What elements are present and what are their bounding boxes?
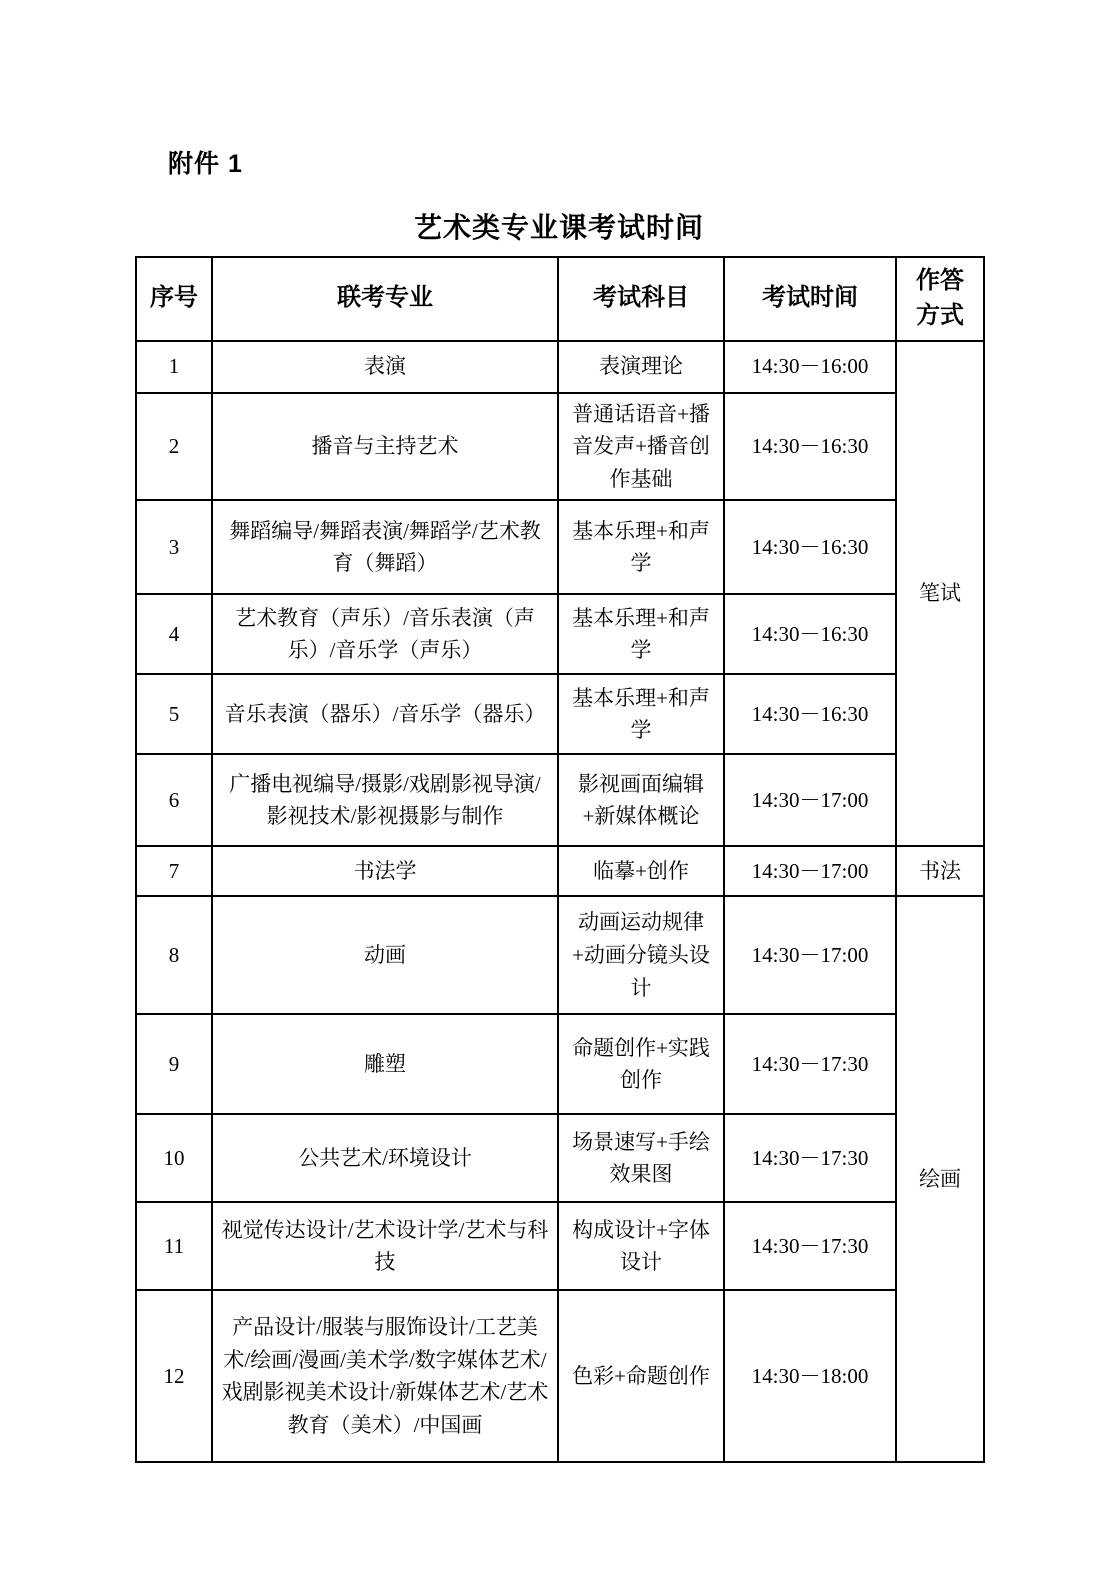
cell-time: 14:30－17:00	[724, 846, 896, 896]
cell-method-written: 笔试	[896, 341, 984, 847]
cell-no: 8	[136, 896, 212, 1014]
table-row: 11 视觉传达设计/艺术设计学/艺术与科技 构成设计+字体设计 14:30－17…	[136, 1202, 984, 1290]
cell-subject: 基本乐理+和声学	[558, 594, 724, 674]
cell-time: 14:30－17:30	[724, 1202, 896, 1290]
cell-major: 视觉传达设计/艺术设计学/艺术与科技	[212, 1202, 558, 1290]
cell-major: 书法学	[212, 846, 558, 896]
cell-method-calligraphy: 书法	[896, 846, 984, 896]
cell-time: 14:30－16:30	[724, 674, 896, 754]
cell-subject: 色彩+命题创作	[558, 1290, 724, 1462]
cell-no: 11	[136, 1202, 212, 1290]
cell-time: 14:30－17:00	[724, 896, 896, 1014]
cell-major: 雕塑	[212, 1014, 558, 1114]
header-no: 序号	[136, 257, 212, 341]
cell-subject: 构成设计+字体设计	[558, 1202, 724, 1290]
document-page: 附件 1 艺术类专业课考试时间 序号 联考专业 考试科目 考试时间 作答方式 1…	[0, 0, 1118, 1590]
cell-no: 3	[136, 500, 212, 594]
table-row: 5 音乐表演（器乐）/音乐学（器乐） 基本乐理+和声学 14:30－16:30	[136, 674, 984, 754]
cell-no: 1	[136, 341, 212, 393]
table-row: 1 表演 表演理论 14:30－16:00 笔试	[136, 341, 984, 393]
cell-time: 14:30－16:00	[724, 341, 896, 393]
cell-no: 12	[136, 1290, 212, 1462]
cell-no: 5	[136, 674, 212, 754]
cell-no: 6	[136, 754, 212, 846]
cell-major: 表演	[212, 341, 558, 393]
table-row: 4 艺术教育（声乐）/音乐表演（声乐）/音乐学（声乐） 基本乐理+和声学 14:…	[136, 594, 984, 674]
header-major: 联考专业	[212, 257, 558, 341]
cell-time: 14:30－16:30	[724, 594, 896, 674]
table-row: 9 雕塑 命题创作+实践创作 14:30－17:30	[136, 1014, 984, 1114]
cell-time: 14:30－18:00	[724, 1290, 896, 1462]
cell-subject: 场景速写+手绘效果图	[558, 1114, 724, 1202]
cell-subject: 表演理论	[558, 341, 724, 393]
exam-schedule-table: 序号 联考专业 考试科目 考试时间 作答方式 1 表演 表演理论 14:30－1…	[135, 256, 985, 1463]
cell-subject: 影视画面编辑+新媒体概论	[558, 754, 724, 846]
cell-no: 2	[136, 393, 212, 501]
table-row: 2 播音与主持艺术 普通话语音+播音发声+播音创作基础 14:30－16:30	[136, 393, 984, 501]
cell-method-painting: 绘画	[896, 896, 984, 1462]
cell-no: 7	[136, 846, 212, 896]
header-subject: 考试科目	[558, 257, 724, 341]
table-row: 12 产品设计/服装与服饰设计/工艺美术/绘画/漫画/美术学/数字媒体艺术/戏剧…	[136, 1290, 984, 1462]
cell-time: 14:30－17:30	[724, 1114, 896, 1202]
cell-major: 舞蹈编导/舞蹈表演/舞蹈学/艺术教育（舞蹈）	[212, 500, 558, 594]
cell-subject: 普通话语音+播音发声+播音创作基础	[558, 393, 724, 501]
cell-time: 14:30－16:30	[724, 500, 896, 594]
cell-major: 产品设计/服装与服饰设计/工艺美术/绘画/漫画/美术学/数字媒体艺术/戏剧影视美…	[212, 1290, 558, 1462]
cell-time: 14:30－17:30	[724, 1014, 896, 1114]
cell-subject: 基本乐理+和声学	[558, 500, 724, 594]
table-row: 7 书法学 临摹+创作 14:30－17:00 书法	[136, 846, 984, 896]
cell-major: 动画	[212, 896, 558, 1014]
attachment-label: 附件 1	[168, 144, 243, 180]
cell-subject: 命题创作+实践创作	[558, 1014, 724, 1114]
table-row: 10 公共艺术/环境设计 场景速写+手绘效果图 14:30－17:30	[136, 1114, 984, 1202]
cell-no: 10	[136, 1114, 212, 1202]
cell-time: 14:30－16:30	[724, 393, 896, 501]
table-row: 3 舞蹈编导/舞蹈表演/舞蹈学/艺术教育（舞蹈） 基本乐理+和声学 14:30－…	[136, 500, 984, 594]
header-method: 作答方式	[896, 257, 984, 341]
header-time: 考试时间	[724, 257, 896, 341]
cell-major: 广播电视编导/摄影/戏剧影视导演/影视技术/影视摄影与制作	[212, 754, 558, 846]
cell-major: 艺术教育（声乐）/音乐表演（声乐）/音乐学（声乐）	[212, 594, 558, 674]
table-row: 8 动画 动画运动规律+动画分镜头设计 14:30－17:00 绘画	[136, 896, 984, 1014]
cell-subject: 基本乐理+和声学	[558, 674, 724, 754]
cell-no: 4	[136, 594, 212, 674]
page-title: 艺术类专业课考试时间	[0, 206, 1118, 246]
cell-no: 9	[136, 1014, 212, 1114]
cell-major: 音乐表演（器乐）/音乐学（器乐）	[212, 674, 558, 754]
cell-subject: 动画运动规律+动画分镜头设计	[558, 896, 724, 1014]
cell-time: 14:30－17:00	[724, 754, 896, 846]
cell-subject: 临摹+创作	[558, 846, 724, 896]
table-row: 6 广播电视编导/摄影/戏剧影视导演/影视技术/影视摄影与制作 影视画面编辑+新…	[136, 754, 984, 846]
cell-major: 公共艺术/环境设计	[212, 1114, 558, 1202]
cell-major: 播音与主持艺术	[212, 393, 558, 501]
table-header-row: 序号 联考专业 考试科目 考试时间 作答方式	[136, 257, 984, 341]
